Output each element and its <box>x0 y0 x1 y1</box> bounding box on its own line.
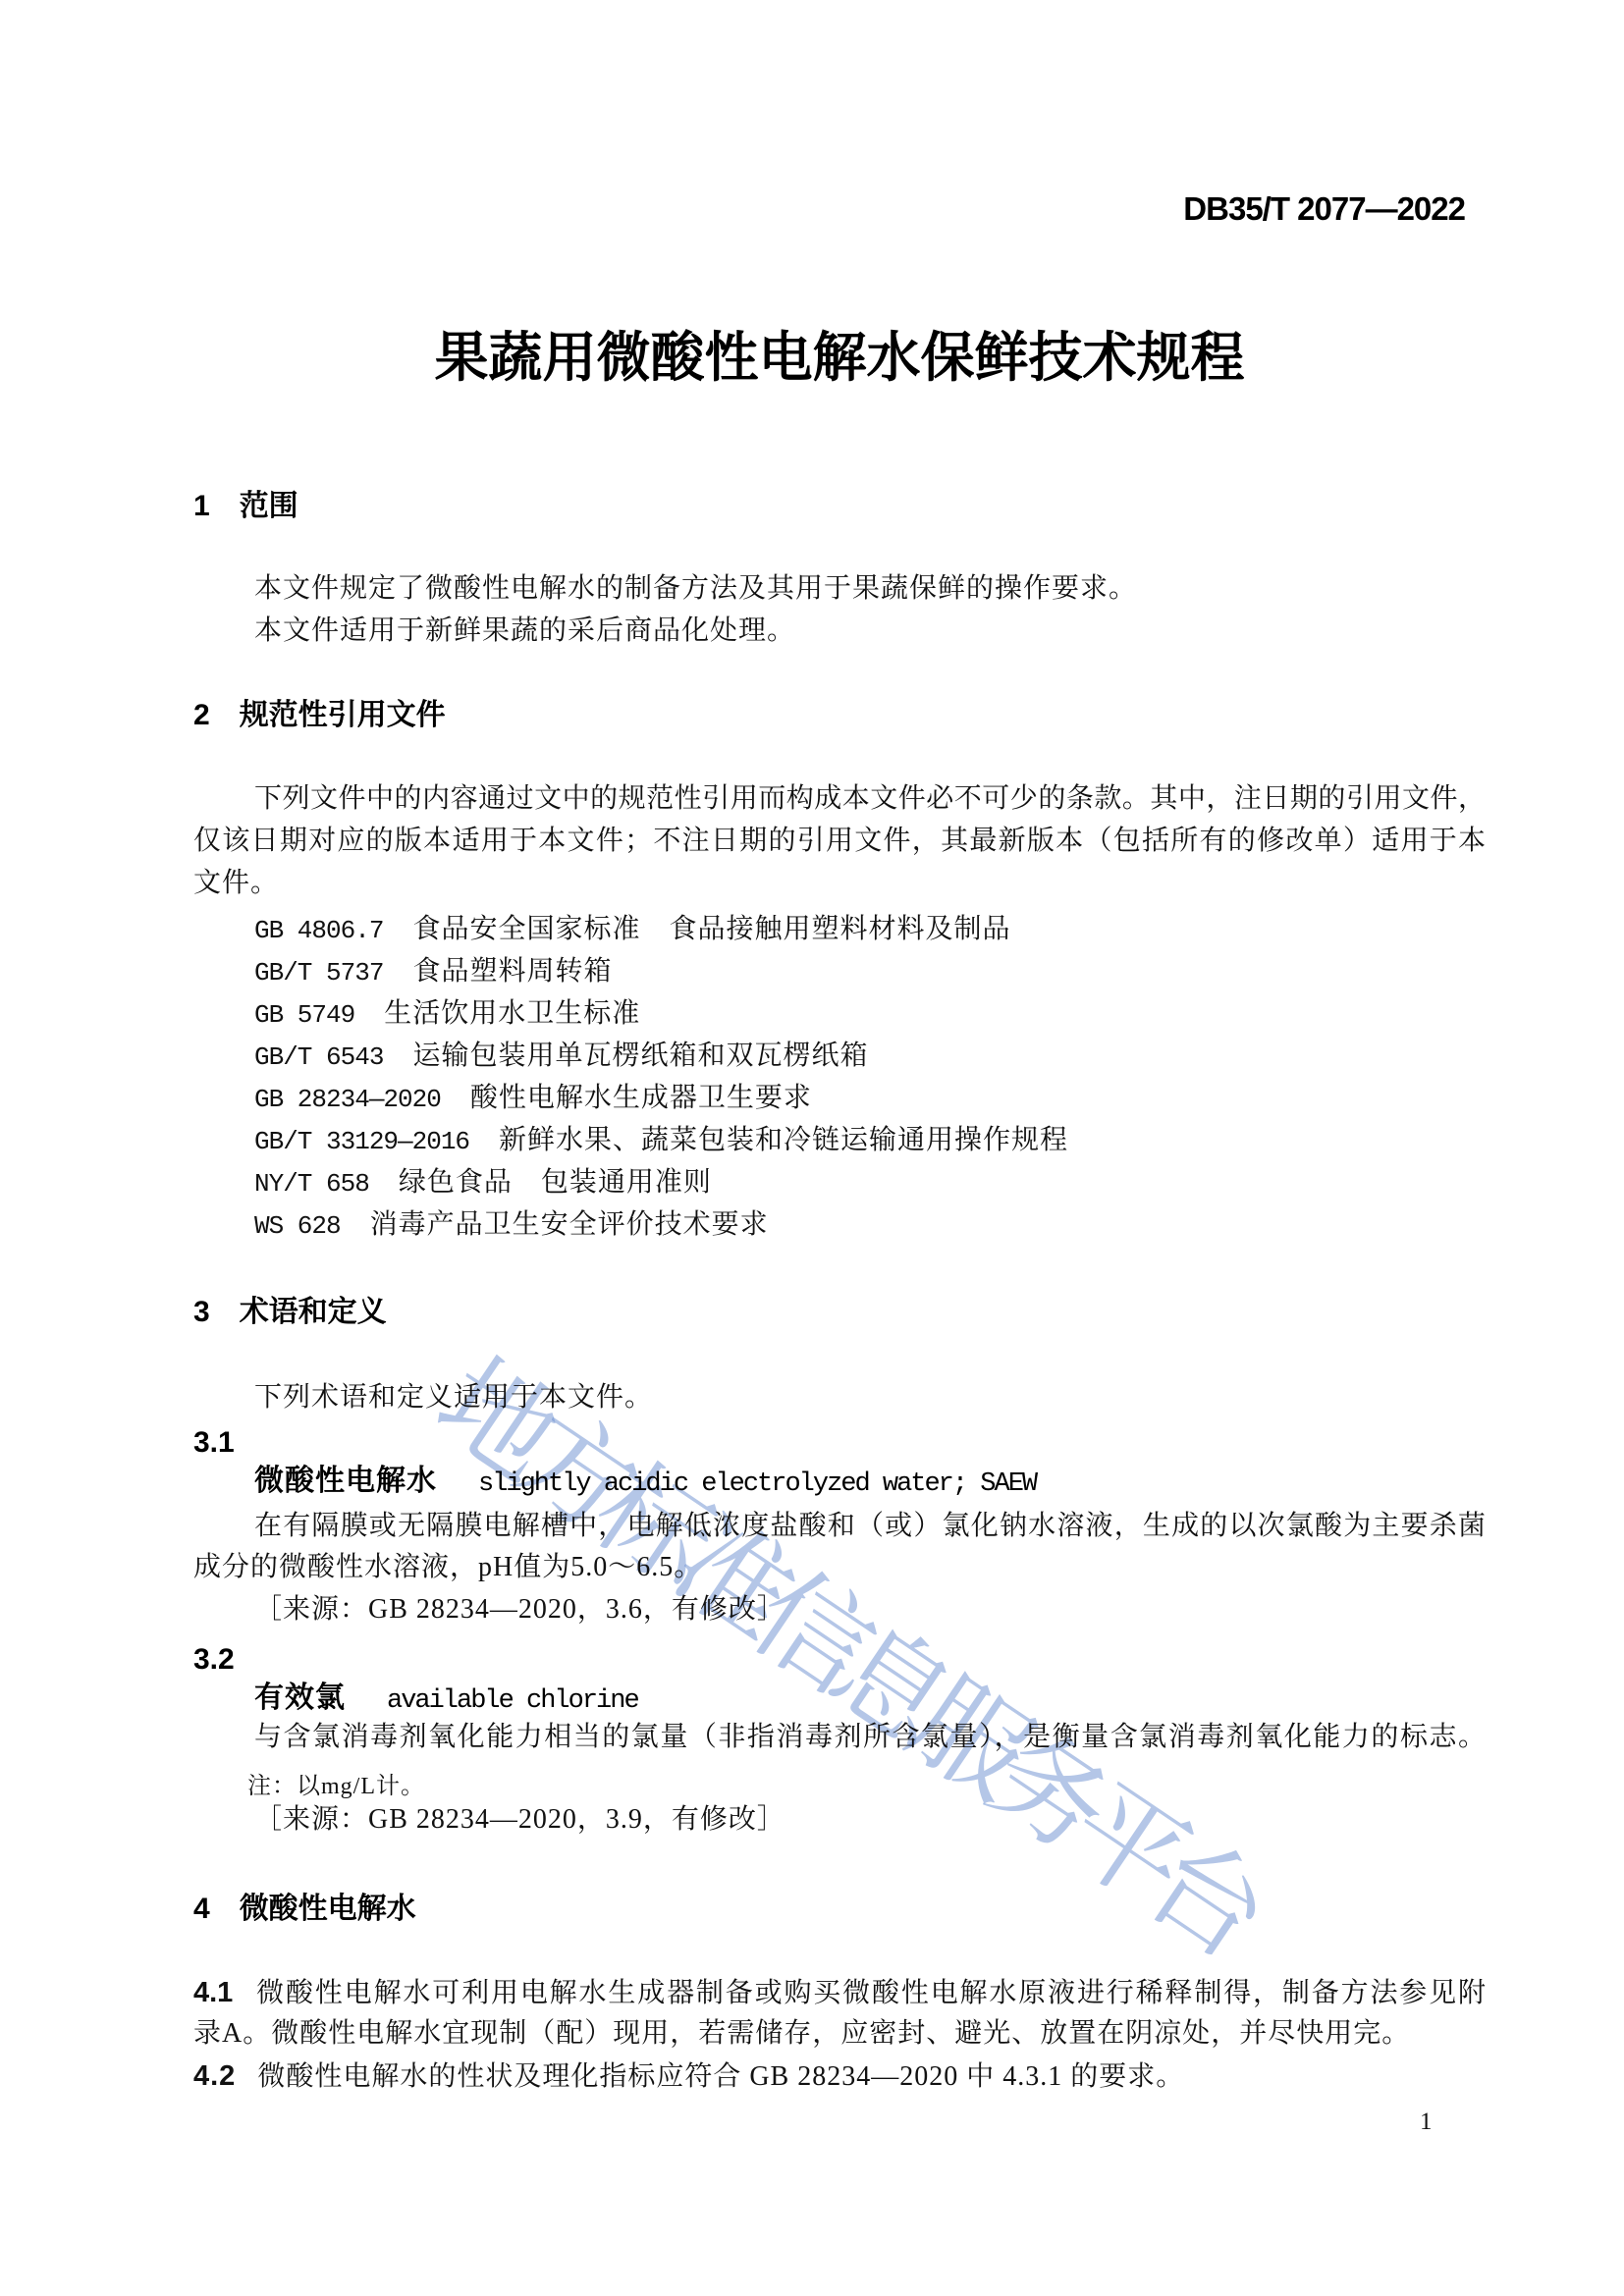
section-4-title: 微酸性电解水 <box>240 1893 416 1925</box>
section-2-number: 2 <box>193 696 210 735</box>
reference-title: 消毒产品卫生安全评价技术要求 <box>370 1209 769 1240</box>
document-title: 果蔬用微酸性电解水保鲜技术规程 <box>193 326 1486 389</box>
reference-item: GB/T 6543运输包装用单瓦楞纸箱和双瓦楞纸箱 <box>254 1037 868 1077</box>
clause-3-2-number: 3.2 <box>193 1640 235 1680</box>
reference-title: 食品安全国家标准 食品接触用塑料材料及制品 <box>412 914 1010 944</box>
clause-4-2-number: 4.2 <box>193 2056 236 2096</box>
terms-intro: 下列术语和定义适用于本文件。 <box>254 1378 653 1417</box>
reference-item: GB/T 33129—2016新鲜水果、蔬菜包装和冷链运输通用操作规程 <box>254 1121 1068 1161</box>
reference-code: GB 4806.7 <box>254 916 383 945</box>
section-3-heading: 3术语和定义 <box>193 1293 387 1332</box>
reference-code: WS 628 <box>254 1211 341 1241</box>
reference-code: NY/T 658 <box>254 1169 369 1199</box>
term-3-1-chinese: 微酸性电解水 <box>254 1465 437 1497</box>
term-3-2-english: available chlorine <box>387 1686 638 1716</box>
scope-paragraph-2: 本文件适用于新鲜果蔬的采后商品化处理。 <box>254 612 795 651</box>
clause-4-1-text: 微酸性电解水可利用电解水生成器制备或购买微酸性电解水原液进行稀释制得，制备方法参… <box>254 1978 1486 2008</box>
section-3-title: 术语和定义 <box>240 1296 387 1328</box>
doc-code: DB35/T 2077—2022 <box>1183 190 1465 228</box>
clause-4-1-number: 4.1 <box>193 1973 233 2012</box>
references-intro-line-3: 文件。 <box>193 864 279 903</box>
references-intro-line-1: 下列文件中的内容通过文中的规范性引用而构成本文件必不可少的条款。其中，注日期的引… <box>254 779 1486 819</box>
reference-title: 酸性电解水生成器卫生要求 <box>470 1083 812 1113</box>
section-2-title: 规范性引用文件 <box>240 699 446 731</box>
reference-title: 食品塑料周转箱 <box>412 956 612 987</box>
term-3-1-source: ［来源：GB 28234—2020，3.6，有修改］ <box>254 1590 785 1629</box>
document-page: 地方标准信息服务平台 DB35/T 2077—2022 果蔬用微酸性电解水保鲜技… <box>0 0 1624 2296</box>
reference-title: 运输包装用单瓦楞纸箱和双瓦楞纸箱 <box>412 1041 868 1071</box>
section-3-number: 3 <box>193 1293 210 1332</box>
clause-3-1-number: 3.1 <box>193 1423 235 1463</box>
reference-item: GB 5749生活饮用水卫生标准 <box>254 994 640 1035</box>
section-4-number: 4 <box>193 1890 210 1929</box>
term-3-2-chinese: 有效氯 <box>254 1682 346 1714</box>
term-3-2: 有效氯available chlorine <box>254 1679 638 1721</box>
reference-item: NY/T 658绿色食品 包装通用准则 <box>254 1163 712 1203</box>
reference-code: GB 28234—2020 <box>254 1085 441 1114</box>
reference-item: GB/T 5737食品塑料周转箱 <box>254 952 612 992</box>
section-4-heading: 4微酸性电解水 <box>193 1890 416 1929</box>
reference-item: WS 628消毒产品卫生安全评价技术要求 <box>254 1205 769 1246</box>
term-3-1-definition-line-2: 成分的微酸性水溶液，pH值为5.0～6.5。 <box>193 1548 702 1587</box>
term-3-2-source: ［来源：GB 28234—2020，3.9，有修改］ <box>254 1800 785 1840</box>
clause-4-1-line-1: 4.1微酸性电解水可利用电解水生成器制备或购买微酸性电解水原液进行稀释制得，制备… <box>193 1973 1486 2013</box>
term-3-2-definition: 与含氯消毒剂氧化能力相当的氯量（非指消毒剂所含氯量），是衡量含氯消毒剂氧化能力的… <box>254 1718 1486 1757</box>
term-3-1-english: slightly acidic electrolyzed water; SAEW <box>478 1469 1036 1499</box>
references-intro-line-2: 仅该日期对应的版本适用于本文件；不注日期的引用文件，其最新版本（包括所有的修改单… <box>193 822 1486 861</box>
clause-4-2-text: 微酸性电解水的性状及理化指标应符合 GB 28234—2020 中 4.3.1 … <box>257 2061 1184 2092</box>
reference-code: GB/T 5737 <box>254 958 383 988</box>
section-1-title: 范围 <box>240 490 298 522</box>
reference-title: 生活饮用水卫生标准 <box>384 998 640 1029</box>
reference-code: GB/T 33129—2016 <box>254 1127 469 1156</box>
page-number: 1 <box>1420 2109 1433 2136</box>
reference-code: GB/T 6543 <box>254 1042 383 1072</box>
term-3-1: 微酸性电解水slightly acidic electrolyzed water… <box>254 1462 1036 1504</box>
section-1-number: 1 <box>193 487 210 526</box>
reference-code: GB 5749 <box>254 1000 354 1030</box>
clause-4-1-line-2: 录A。微酸性电解水宜现制（配）现用，若需储存，应密封、避光、放置在阴凉处，并尽快… <box>193 2014 1410 2054</box>
section-1-heading: 1范围 <box>193 487 298 526</box>
term-3-1-definition-line-1: 在有隔膜或无隔膜电解槽中，电解低浓度盐酸和（或）氯化钠水溶液，生成的以次氯酸为主… <box>254 1507 1486 1546</box>
reference-item: GB 4806.7食品安全国家标准 食品接触用塑料材料及制品 <box>254 910 1010 950</box>
reference-title: 绿色食品 包装通用准则 <box>399 1167 712 1198</box>
scope-paragraph-1: 本文件规定了微酸性电解水的制备方法及其用于果蔬保鲜的操作要求。 <box>254 569 1137 609</box>
reference-title: 新鲜水果、蔬菜包装和冷链运输通用操作规程 <box>499 1125 1068 1155</box>
section-2-heading: 2规范性引用文件 <box>193 696 446 735</box>
reference-item: GB 28234—2020酸性电解水生成器卫生要求 <box>254 1079 812 1119</box>
clause-4-2: 4.2微酸性电解水的性状及理化指标应符合 GB 28234—2020 中 4.3… <box>193 2056 1184 2097</box>
